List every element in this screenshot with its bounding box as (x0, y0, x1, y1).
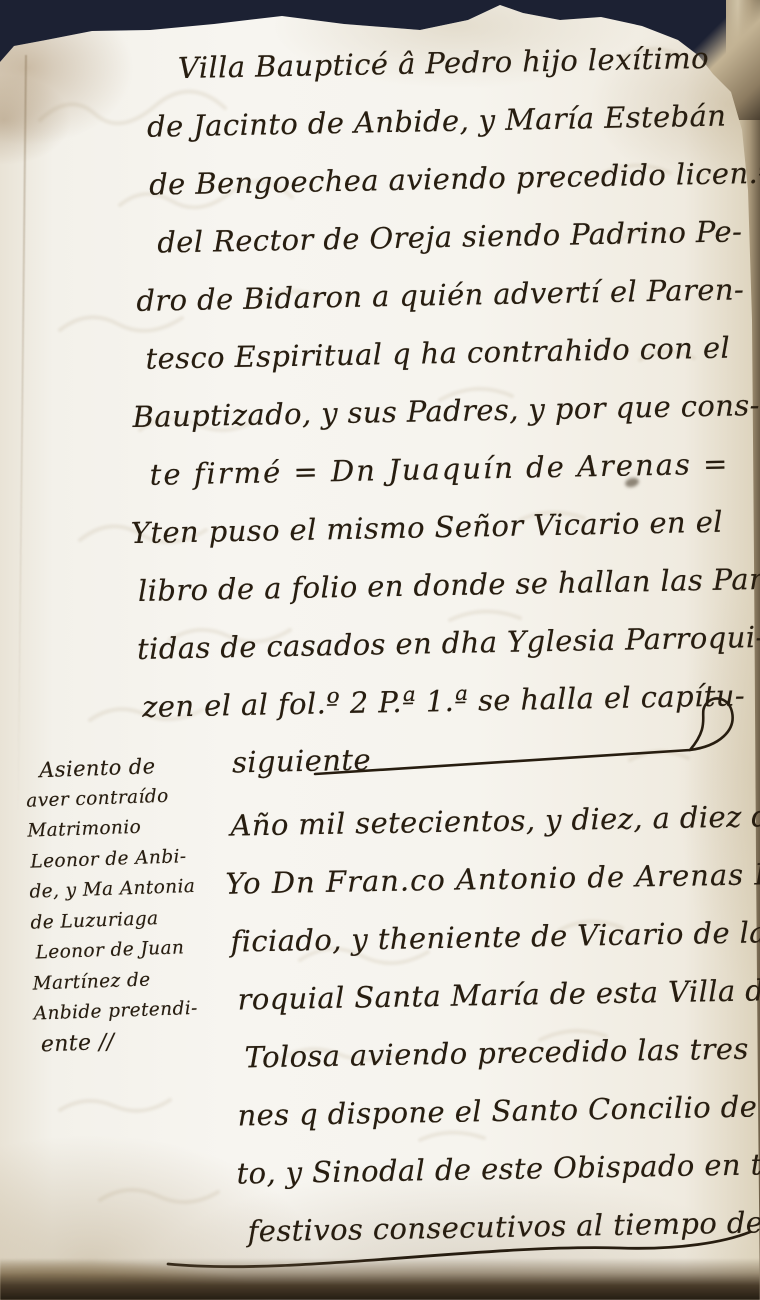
text-line: ficiado, y theniente de Vicario de la Pa… (226, 903, 760, 970)
text-line: Yo Dn Fran.co Antonio de Arenas Bene- (225, 845, 760, 912)
text-line: Año mil setecientos, y diez, a diez de J… (224, 787, 760, 854)
scanned-manuscript-page: Villa Baupticé â Pedro hijo lexítimo de … (0, 0, 760, 1300)
baptism-entry-text: Villa Baupticé â Pedro hijo lexítimo de … (119, 28, 760, 736)
text-line: Tolosa aviendo precedido las tres monici… (228, 1019, 760, 1086)
text-line: to, y Sinodal de este Obispado en tres d… (230, 1135, 760, 1202)
page-bottom-edge-shadow (0, 1258, 760, 1300)
text-line: zen el al fol.º 2 P.ª 1.ª se halla el ca… (132, 666, 760, 736)
text-line: nes q dispone el Santo Concilio de Tren- (229, 1077, 760, 1144)
closing-word: siguiente (232, 743, 372, 780)
marriage-entry-text: Año mil setecientos, y diez, a diez de J… (224, 787, 760, 1260)
text-line: roquial Santa María de esta Villa de (227, 961, 760, 1028)
marginal-note: Asiento de aver contraído Matrimonio Leo… (25, 748, 244, 1060)
